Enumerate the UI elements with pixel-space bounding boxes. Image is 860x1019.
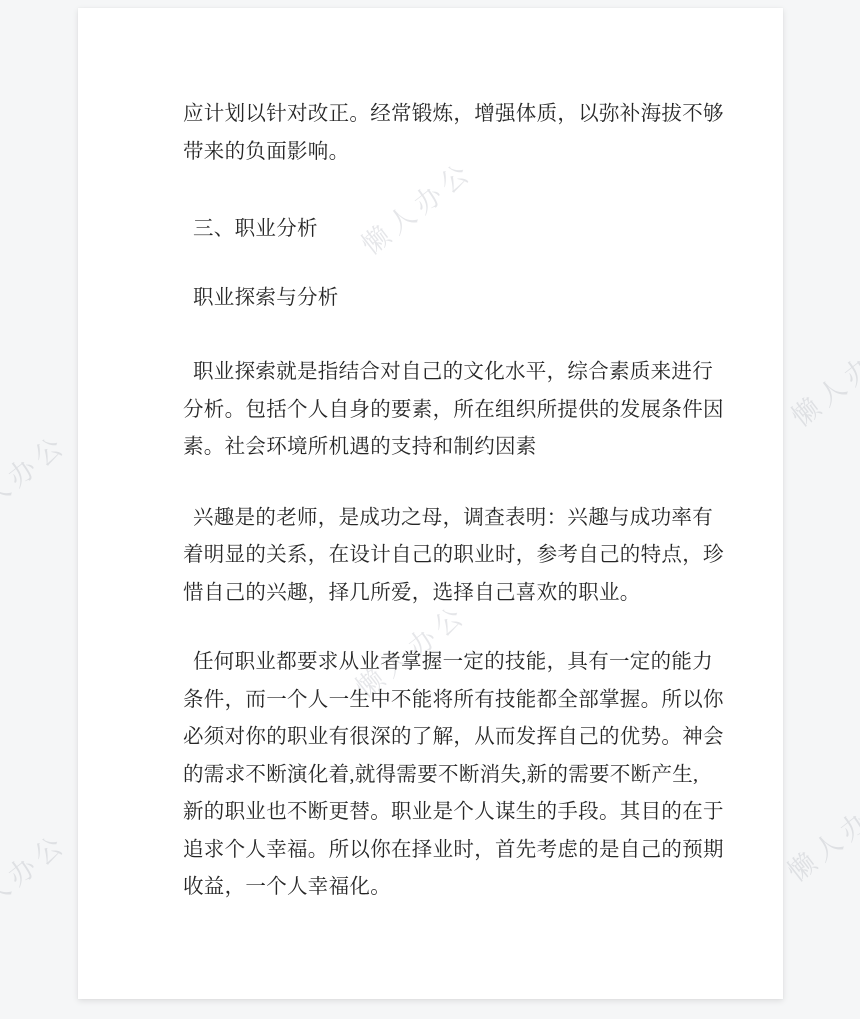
document-viewer-canvas: 应计划以针对改正。经常锻炼，增强体质，以弥补海拔不够 带来的负面影响。 三、职业…	[0, 0, 860, 1019]
document-content: 应计划以针对改正。经常锻炼，增强体质，以弥补海拔不够 带来的负面影响。 三、职业…	[183, 96, 758, 907]
paragraph: 兴趣是的老师，是成功之母，调查表明：兴趣与成功率有 着明显的关系，在设计自己的职…	[183, 500, 758, 613]
text-line: 应计划以针对改正。经常锻炼，增强体质，以弥补海拔不够	[183, 96, 758, 134]
text-line: 素。社会环境所机遇的支持和制约因素	[183, 429, 758, 467]
text-line: 条件，而一个人一生中不能将所有技能都全部掌握。所以你	[183, 682, 758, 720]
text-line: 兴趣是的老师，是成功之母，调查表明：兴趣与成功率有	[183, 500, 758, 538]
text-line: 收益，一个人幸福化。	[183, 869, 758, 907]
paragraph: 任何职业都要求从业者掌握一定的技能，具有一定的能力 条件，而一个人一生中不能将所…	[183, 644, 758, 907]
watermark-text: 懒人办公	[0, 423, 74, 535]
text-line: 职业探索与分析	[183, 280, 758, 318]
section-subheading: 职业探索与分析	[183, 280, 758, 318]
text-line: 惜自己的兴趣，择几所爱，选择自己喜欢的职业。	[183, 575, 758, 613]
section-heading: 三、职业分析	[183, 211, 758, 249]
text-line: 任何职业都要求从业者掌握一定的技能，具有一定的能力	[183, 644, 758, 682]
watermark-text: 懒人办公	[0, 822, 74, 934]
paragraph: 应计划以针对改正。经常锻炼，增强体质，以弥补海拔不够 带来的负面影响。	[183, 96, 758, 171]
watermark-text: 懒人办公	[782, 322, 860, 434]
text-line: 三、职业分析	[183, 211, 758, 249]
document-page: 应计划以针对改正。经常锻炼，增强体质，以弥补海拔不够 带来的负面影响。 三、职业…	[78, 8, 783, 999]
text-line: 着明显的关系，在设计自己的职业时，参考自己的特点，珍	[183, 537, 758, 575]
text-line: 职业探索就是指结合对自己的文化水平，综合素质来进行	[183, 354, 758, 392]
watermark-text: 懒人办公	[778, 777, 860, 889]
text-line: 必须对你的职业有很深的了解，从而发挥自己的优势。神会	[183, 719, 758, 757]
paragraph: 职业探索就是指结合对自己的文化水平，综合素质来进行 分析。包括个人自身的要素，所…	[183, 354, 758, 467]
text-line: 新的职业也不断更替。职业是个人谋生的手段。其目的在于	[183, 794, 758, 832]
text-line: 的需求不断演化着,就得需要不断消失,新的需要不断产生,	[183, 757, 758, 795]
text-line: 追求个人幸福。所以你在择业时，首先考虑的是自己的预期	[183, 832, 758, 870]
text-line: 分析。包括个人自身的要素，所在组织所提供的发展条件因	[183, 392, 758, 430]
text-line: 带来的负面影响。	[183, 134, 758, 172]
